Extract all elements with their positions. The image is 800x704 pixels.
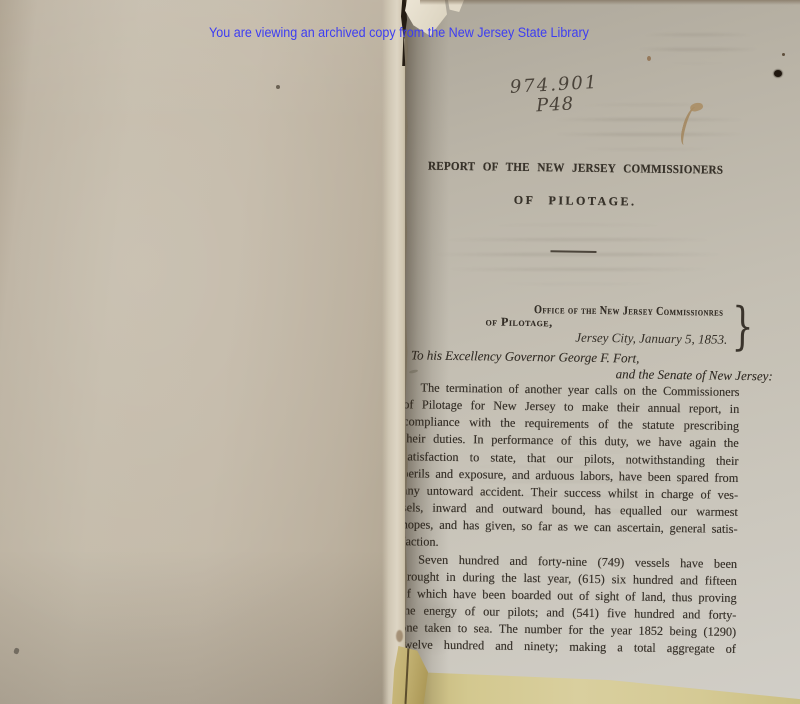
archive-notice-text: You are viewing an archived copy from th… — [209, 25, 589, 40]
book-scan-photo: 974.901 P48 REPORT OF THE NEW JERSEY COM… — [0, 0, 800, 704]
paper-speck — [276, 85, 280, 89]
page-title-line2: OF PILOTAGE. — [405, 191, 745, 211]
paper-speck — [782, 53, 785, 56]
call-number: 974.901 P48 — [494, 72, 616, 119]
salutation-line1: To his Excellency Governor George F. For… — [411, 347, 640, 366]
section-divider-rule — [550, 250, 596, 253]
paragraph-1: The termination of another year calls on… — [401, 379, 739, 555]
page-title-line1: REPORT OF THE NEW JERSEY COMMISSIONERS — [419, 158, 732, 177]
page-title: REPORT OF THE NEW JERSEY COMMISSIONERS O… — [405, 158, 746, 211]
ink-spot — [774, 70, 782, 77]
left-blank-page — [0, 0, 404, 704]
office-line1: Office of the New Jersey Commissionres — [534, 302, 723, 320]
rust-spot — [647, 56, 651, 61]
office-line2: of Pilotage, — [485, 314, 552, 330]
right-brace-glyph: } — [731, 297, 753, 357]
page-edge-dirt — [420, 0, 800, 5]
torn-page-stub — [382, 0, 409, 704]
office-dateline: Jersey City, January 5, 1853. — [575, 330, 727, 348]
stain-spot — [396, 630, 403, 642]
fragment-crack — [404, 646, 409, 704]
right-printed-page: 974.901 P48 REPORT OF THE NEW JERSEY COM… — [404, 0, 800, 704]
gray-smudge — [412, 588, 460, 654]
